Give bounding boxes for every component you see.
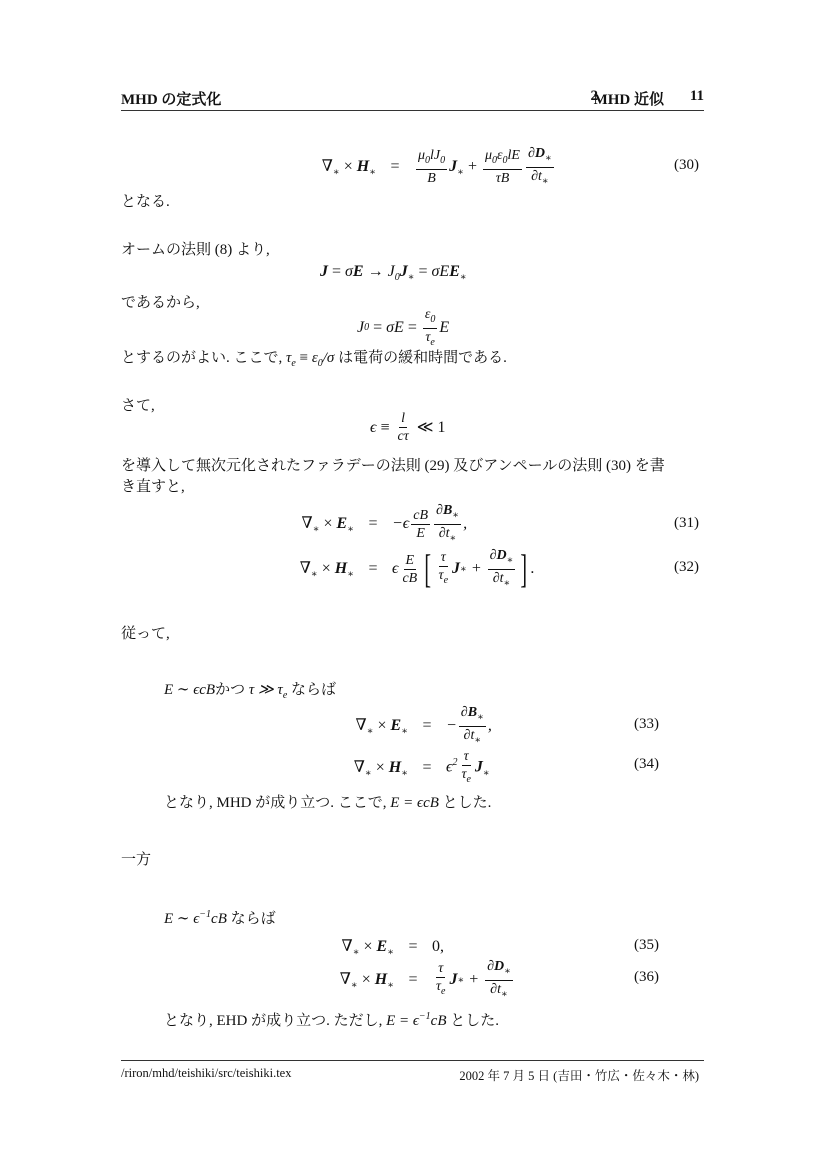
equation-34: ∇∗ × H∗ = ϵ2ττeJ∗ — [330, 748, 490, 788]
footer-path: /riron/mhd/teishiki/src/teishiki.tex — [121, 1066, 291, 1081]
eq30-lhs: ∇∗ × H∗ — [276, 156, 376, 178]
running-header: MHD の定式化 2 MHD 近似 11 — [121, 88, 704, 110]
eq30-equals: = — [376, 158, 414, 176]
paragraph-relaxation: とするのがよい. ここで, τe ≡ ε0/σ は電荷の緩和時間である. — [121, 348, 507, 374]
equation-ohm: J = σE → J0J∗ = σEE∗ — [320, 262, 467, 288]
equation-32: ∇∗ × H∗ = ϵEcB[ττeJ∗ + ∂D∗∂t∗]. — [276, 548, 535, 590]
condition-mhd: E ∼ ϵcBかつ τ ≫ τe ならば — [164, 680, 336, 706]
paragraph-4b: は電荷の緩和時間である. — [334, 350, 507, 366]
page-number: 11 — [690, 88, 704, 105]
equation-epsilon: ϵ ≡ lcτ ≪ 1 — [370, 410, 445, 445]
paragraph-ohm: オームの法則 (8) より, — [121, 240, 270, 260]
footer-rule — [121, 1060, 704, 1061]
paragraph-6-line2: き直すと, — [121, 477, 185, 497]
footer-date-authors: 2002 年 7 月 5 日 (吉田・竹広・佐々木・林) — [459, 1066, 699, 1084]
running-title: MHD の定式化 — [121, 88, 221, 109]
eq30-number: (30) — [674, 157, 699, 174]
equation-30: ∇∗ × H∗ = μ0lJ0BJ∗ + μ0ε0lEτB∂D∗∂t∗ — [276, 145, 556, 189]
equation-33: ∇∗ × E∗ = −∂B∗∂t∗, — [330, 706, 492, 746]
eq31-number: (31) — [674, 515, 699, 532]
header-rule — [121, 110, 704, 111]
paragraph-3: であるから, — [121, 293, 200, 313]
eq33-number: (33) — [634, 716, 659, 733]
eq36-number: (36) — [634, 969, 659, 986]
eq35-number: (35) — [634, 937, 659, 954]
equation-36: ∇∗ × H∗ = ττeJ∗ + ∂D∗∂t∗ — [316, 960, 515, 1000]
paragraph-5: さて, — [121, 396, 155, 416]
paragraph-ehd-conclusion: となり, EHD が成り立つ. ただし, E = ϵ−1cB とした. — [164, 1007, 499, 1031]
paragraph-9: 一方 — [121, 850, 151, 870]
equation-35: ∇∗ × E∗ = 0, — [316, 936, 444, 958]
tau-e-def: τe ≡ ε0/σ — [286, 350, 334, 366]
section-title: MHD 近似 — [594, 88, 664, 109]
paragraph-1: となる. — [121, 192, 170, 212]
equation-31: ∇∗ × E∗ = −ϵcBE∂B∗∂t∗, — [276, 504, 467, 544]
paragraph-7: 従って, — [121, 624, 170, 644]
eq34-number: (34) — [634, 756, 659, 773]
equation-j0: J0 = σE = ε0τeE — [357, 306, 449, 351]
paragraph-mhd-conclusion: となり, MHD が成り立つ. ここで, E = ϵcB とした. — [164, 793, 491, 813]
paragraph-6-line1: を導入して無次元化されたファラデーの法則 (29) 及びアンペールの法則 (30… — [121, 456, 665, 476]
eq32-number: (32) — [674, 559, 699, 576]
eq30-rhs: μ0lJ0BJ∗ + μ0ε0lEτB∂D∗∂t∗ — [414, 145, 556, 190]
paragraph-4a: とするのがよい. ここで, — [121, 350, 286, 366]
condition-ehd: E ∼ ϵ−1cB ならば — [164, 905, 276, 929]
